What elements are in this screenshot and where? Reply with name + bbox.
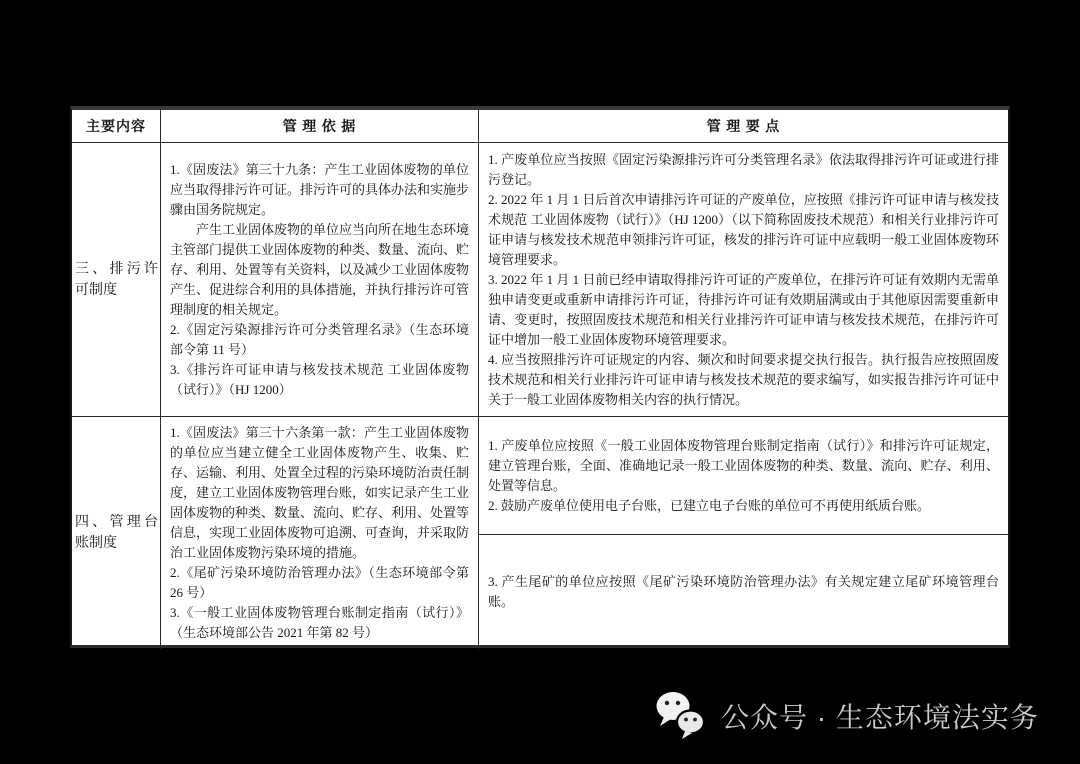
points-paragraph: 1. 产废单位应按照《一般工业固体废物管理台账制定指南（试行）》和排污许可证规定… bbox=[488, 436, 999, 496]
row2-category-cell: 四、管理台账制度 bbox=[72, 417, 161, 649]
basis-paragraph: 1.《固废法》第三十九条：产生工业固体废物的单位应当取得排污许可证。排污许可的具… bbox=[170, 160, 469, 220]
table-header-row: 主要内容 管 理 依 据 管 理 要 点 bbox=[72, 110, 1008, 143]
row2-points-subcell-general: 1. 产废单位应按照《一般工业固体废物管理台账制定指南（试行）》和排污许可证规定… bbox=[479, 417, 1008, 535]
regulation-table: 主要内容 管 理 依 据 管 理 要 点 三、排污许可制度 1.《固废法》第三十… bbox=[70, 106, 1010, 648]
wechat-logo-icon bbox=[652, 689, 708, 743]
points-paragraph: 3. 2022 年 1 月 1 日前已经申请取得排污许可证的产废单位，在排污许可… bbox=[488, 270, 999, 350]
table-row-ledger-system: 四、管理台账制度 1.《固废法》第三十六条第一款：产生工业固体废物的单位应当建立… bbox=[72, 417, 1008, 649]
points-paragraph: 1. 产废单位应当按照《固定污染源排污许可分类管理名录》依法取得排污许可证或进行… bbox=[488, 150, 999, 190]
row1-category-cell: 三、排污许可制度 bbox=[72, 143, 161, 416]
row2-points-cell: 1. 产废单位应按照《一般工业固体废物管理台账制定指南（试行）》和排污许可证规定… bbox=[479, 417, 1008, 649]
basis-paragraph: 2.《固定污染源排污许可分类管理名录》（生态环境部令第 11 号） bbox=[170, 320, 469, 360]
table-row-permit-system: 三、排污许可制度 1.《固废法》第三十九条：产生工业固体废物的单位应当取得排污许… bbox=[72, 143, 1008, 417]
header-main-content: 主要内容 bbox=[72, 110, 161, 142]
watermark-text: 公众号 · 生态环境法实务 bbox=[721, 696, 1039, 736]
points-paragraph: 4. 应当按照排污许可证规定的内容、频次和时间要求提交执行报告。执行报告应按照固… bbox=[488, 350, 999, 410]
points-paragraph: 2. 2022 年 1 月 1 日后首次申请排污许可证的产废单位，应按照《排污许… bbox=[488, 190, 999, 270]
row2-category-label: 四、管理台账制度 bbox=[75, 512, 158, 554]
basis-paragraph: 3.《排污许可证申请与核发技术规范 工业固体废物（试行）》（HJ 1200） bbox=[170, 360, 469, 400]
row1-category-label: 三、排污许可制度 bbox=[75, 259, 158, 301]
basis-paragraph: 1.《固废法》第三十六条第一款：产生工业固体废物的单位应当建立健全工业固体废物产… bbox=[170, 423, 469, 563]
points-paragraph: 2. 鼓励产废单位使用电子台账，已建立电子台账的单位可不再使用纸质台账。 bbox=[488, 496, 999, 516]
basis-paragraph: 2.《尾矿污染环境防治管理办法》（生态环境部令第 26 号） bbox=[170, 563, 469, 603]
header-management-points: 管 理 要 点 bbox=[479, 110, 1008, 142]
row1-points-cell: 1. 产废单位应当按照《固定污染源排污许可分类管理名录》依法取得排污许可证或进行… bbox=[479, 143, 1008, 416]
basis-paragraph: 产生工业固体废物的单位应当向所在地生态环境主管部门提供工业固体废物的种类、数量、… bbox=[170, 220, 469, 320]
basis-paragraph: 3.《一般工业固体废物管理台账制定指南（试行）》（生态环境部公告 2021 年第… bbox=[170, 603, 469, 643]
row1-basis-cell: 1.《固废法》第三十九条：产生工业固体废物的单位应当取得排污许可证。排污许可的具… bbox=[161, 143, 479, 416]
page-canvas: 主要内容 管 理 依 据 管 理 要 点 三、排污许可制度 1.《固废法》第三十… bbox=[0, 0, 1080, 764]
points-paragraph: 3. 产生尾矿的单位应按照《尾矿污染环境防治管理办法》有关规定建立尾矿环境管理台… bbox=[488, 572, 999, 612]
row2-points-subcell-tailings: 3. 产生尾矿的单位应按照《尾矿污染环境防治管理办法》有关规定建立尾矿环境管理台… bbox=[479, 535, 1008, 649]
wechat-watermark: 公众号 · 生态环境法实务 bbox=[652, 688, 1039, 744]
header-management-basis: 管 理 依 据 bbox=[161, 110, 479, 142]
row2-basis-cell: 1.《固废法》第三十六条第一款：产生工业固体废物的单位应当建立健全工业固体废物产… bbox=[161, 417, 479, 649]
